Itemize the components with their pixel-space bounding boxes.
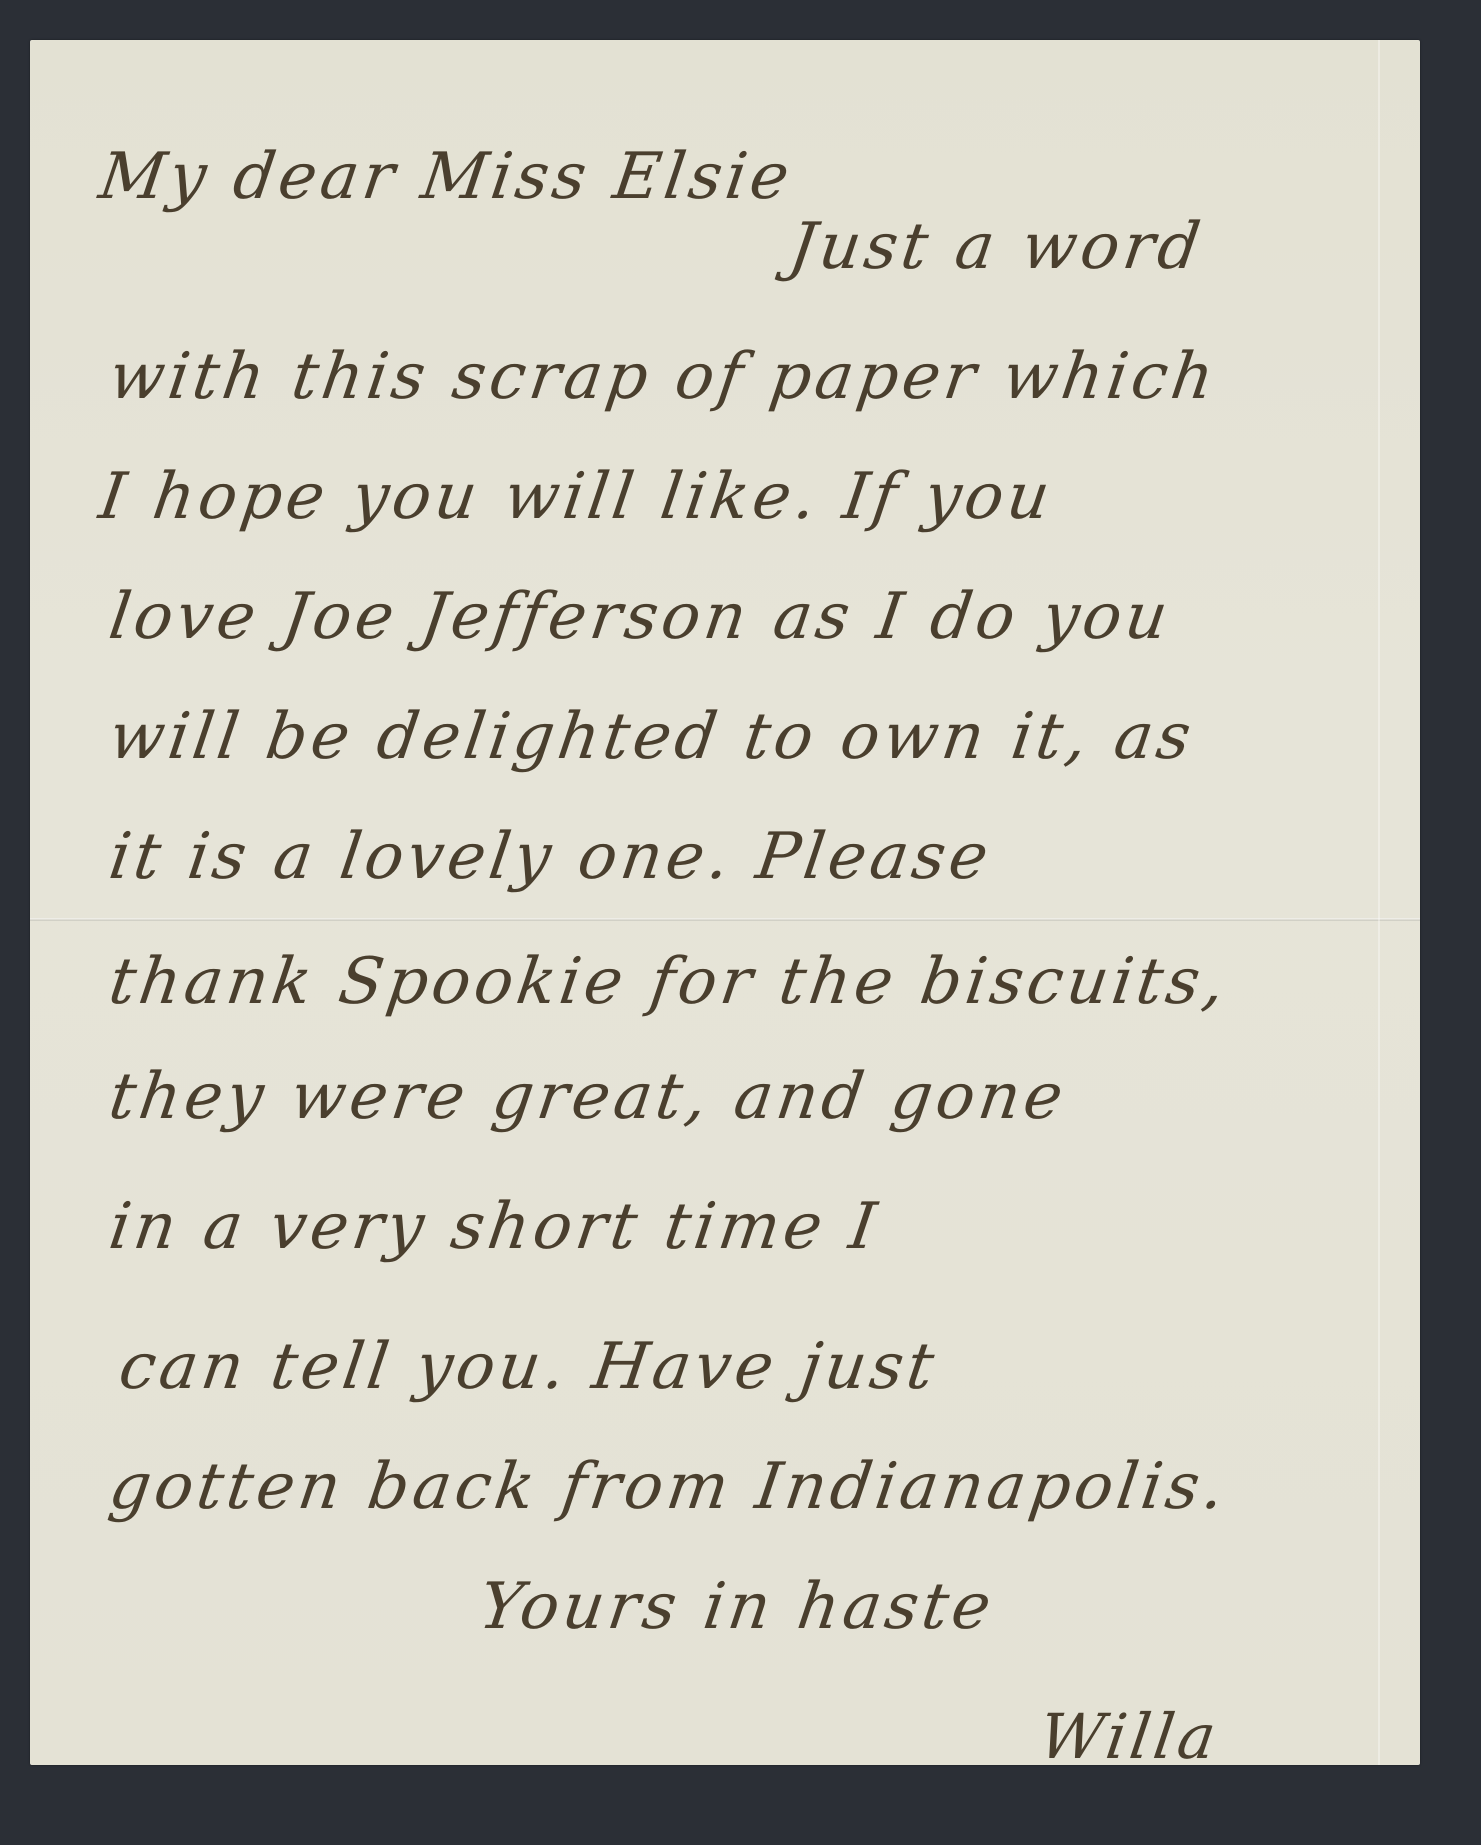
closing: Yours in haste <box>475 1570 999 1644</box>
letter-line-4: love Joe Jefferson as I do you <box>105 580 1176 654</box>
letter-line-6: it is a lovely one. Please <box>105 820 997 894</box>
fold-crease <box>30 918 1420 921</box>
letter-line-9: in a very short time I <box>105 1190 885 1264</box>
letter-line-1: Just a word <box>785 210 1209 284</box>
letter-line-8: they were great, and gone <box>105 1060 1071 1134</box>
letter-paper: My dear Miss Elsie Just a word with this… <box>30 40 1420 1765</box>
letter-line-5: will be delighted to own it, as <box>105 700 1199 774</box>
letter-line-10: can tell you. Have just <box>115 1330 942 1404</box>
letter-line-11: gotten back from Indianapolis. <box>105 1450 1233 1524</box>
salutation: My dear Miss Elsie <box>95 140 798 214</box>
letter-line-3: I hope you will like. If you <box>95 460 1058 534</box>
edge-crease <box>1378 40 1380 1765</box>
letter-line-2: with this scrap of paper which <box>105 340 1222 414</box>
letter-line-7: thank Spookie for the biscuits, <box>105 945 1233 1019</box>
signature: Willa <box>1035 1700 1224 1773</box>
